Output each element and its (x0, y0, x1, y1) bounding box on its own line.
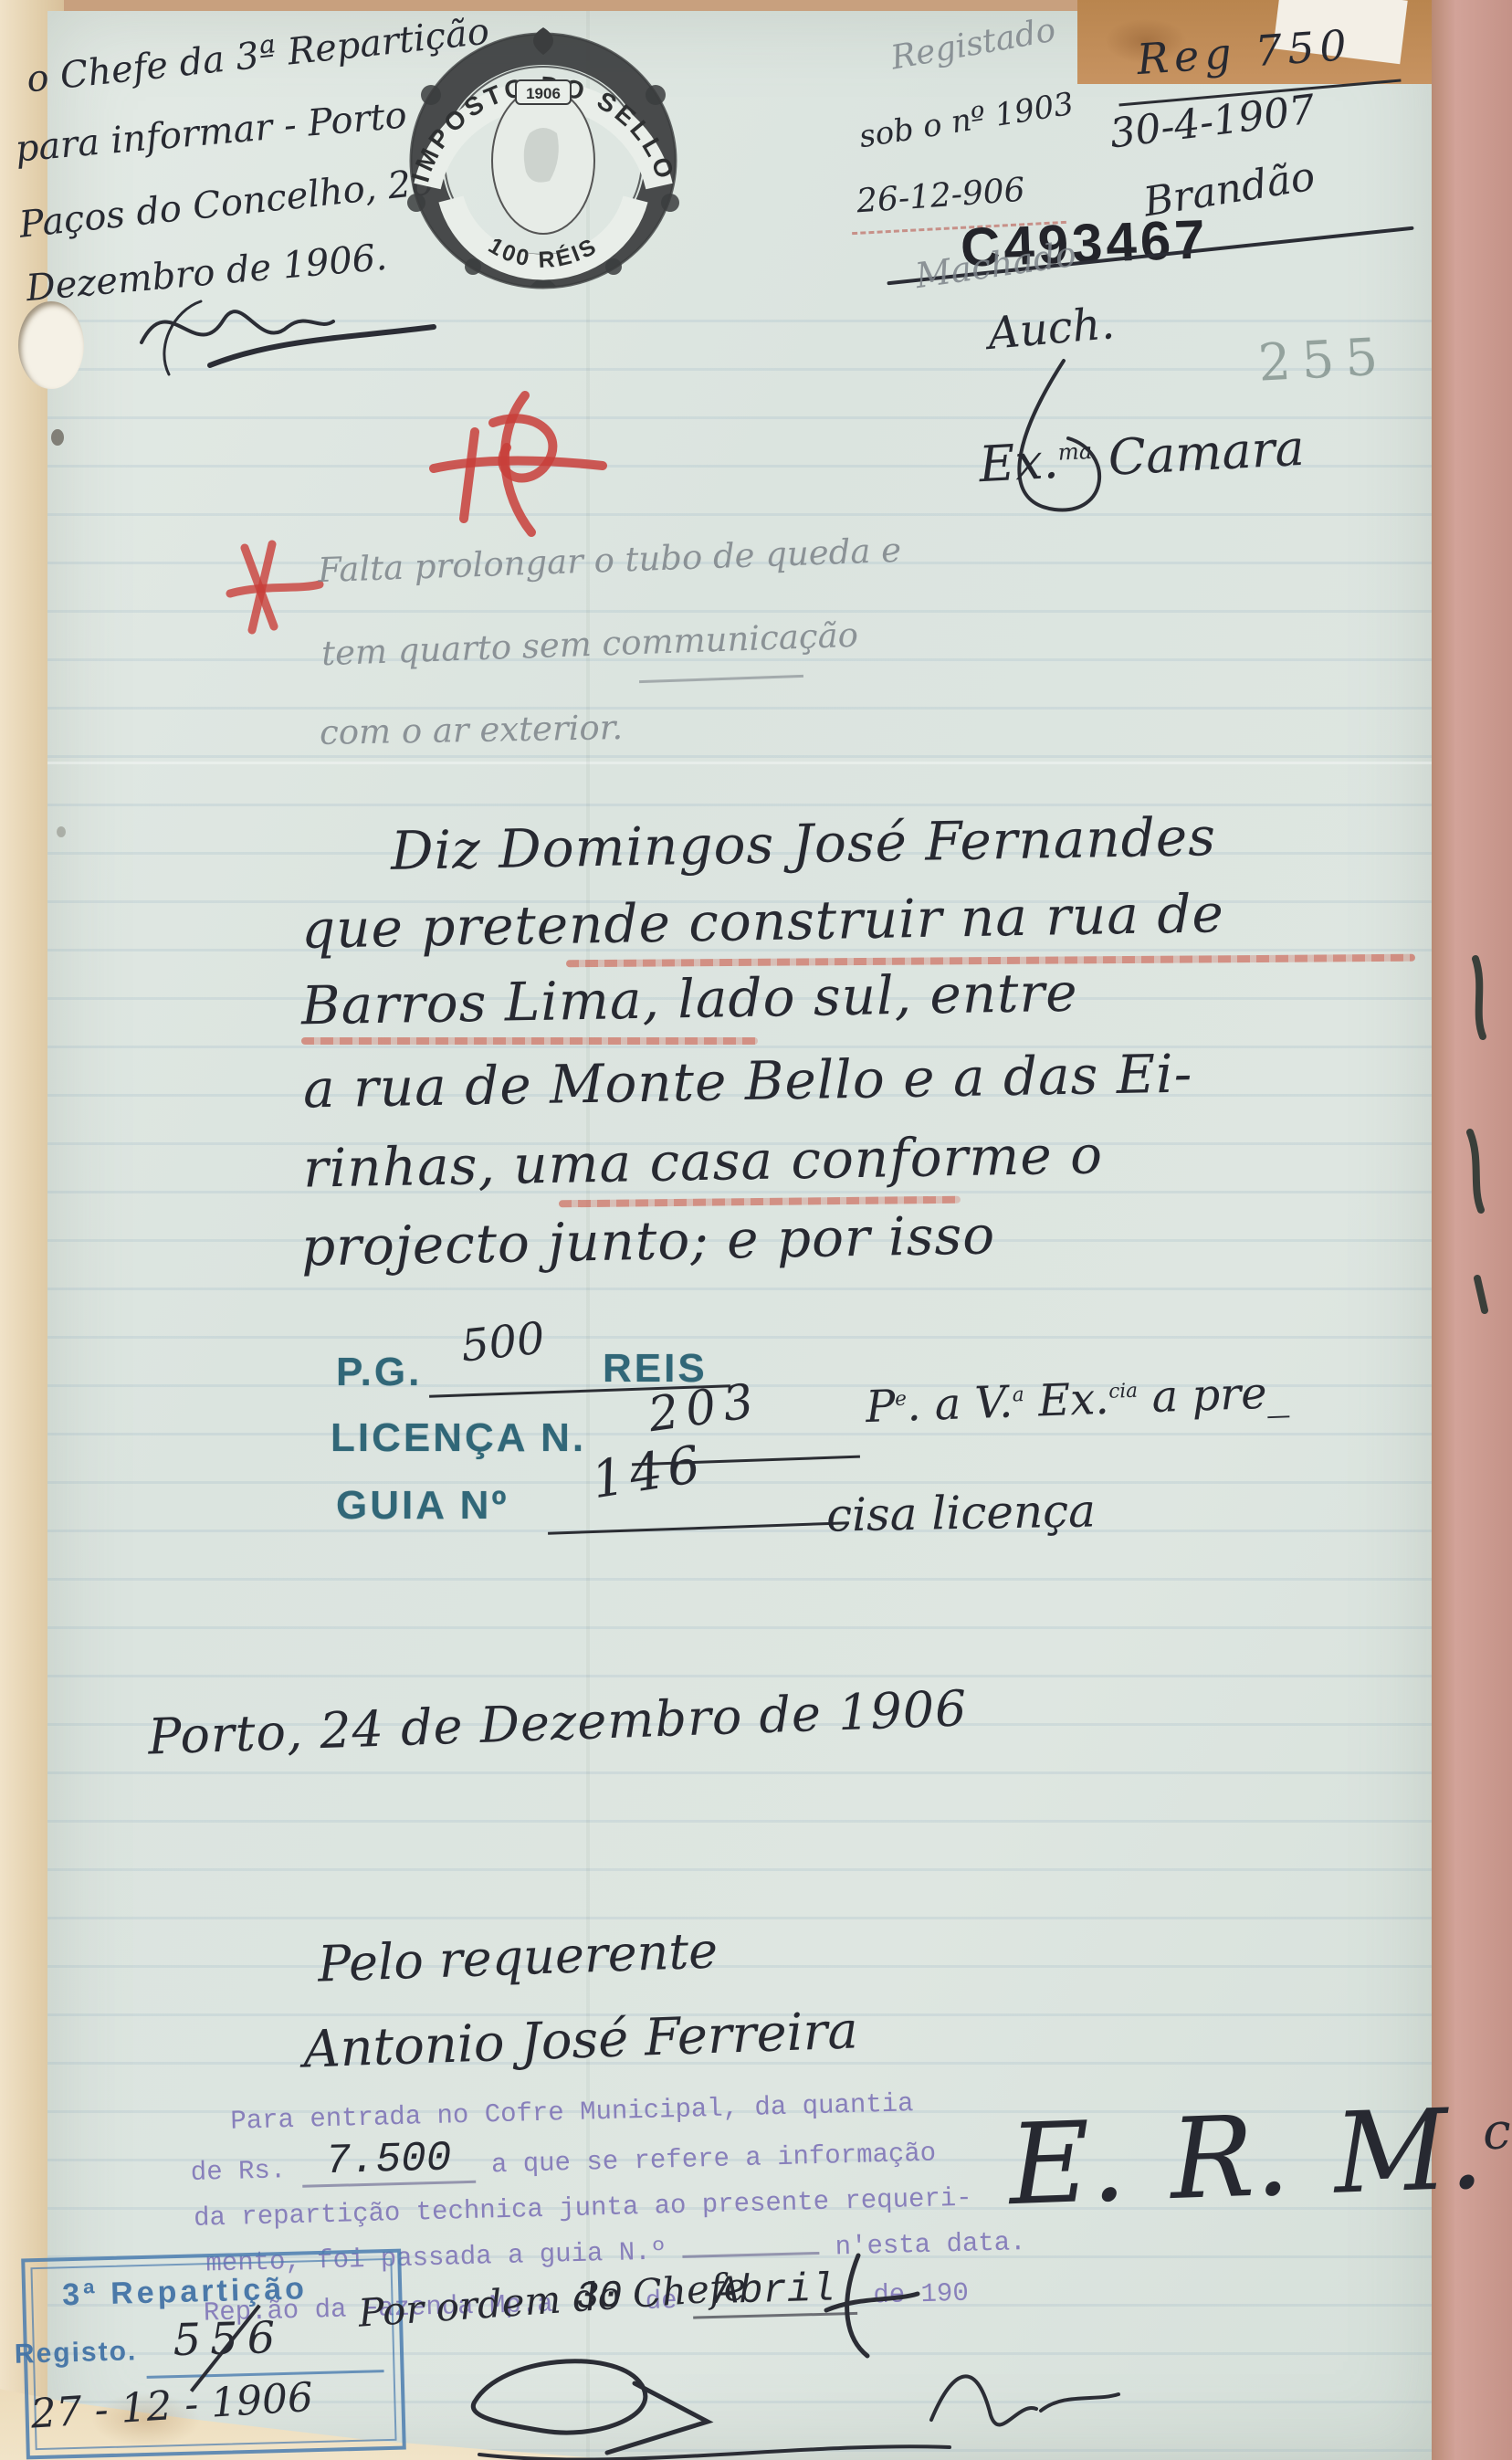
registry-box-title: 3ª Repartição (62, 2271, 309, 2313)
erm-m: M. (1332, 2084, 1486, 2219)
registry-box-label: Registo. (14, 2336, 137, 2371)
erm-r: R. (1168, 2090, 1292, 2223)
closing-ex: Ex. (1024, 1373, 1110, 1427)
heading-rest: Camara (1091, 419, 1306, 488)
treasury-line2-label: de Rs. (190, 2155, 286, 2188)
treasury-amount: 7.500 (301, 2135, 476, 2188)
dispatch-signature-flourish (119, 274, 466, 393)
red-underline-barros-lima (301, 1037, 758, 1045)
paper-speck (57, 826, 66, 837)
heading-superscript: ma (1057, 437, 1093, 466)
closing-line2: cisa licença (826, 1484, 1097, 1541)
closing-p-sup: e (895, 1388, 908, 1411)
heading-prefix: Ex. (978, 432, 1060, 493)
closing-v: . a V. (906, 1376, 1013, 1431)
treasury-line2-rest: a que se refere a informação (491, 2139, 937, 2181)
scanned-document: o Chefe da 3ª Repartição para informar -… (0, 0, 1512, 2460)
closing-v-sup: a (1012, 1383, 1024, 1406)
petition-line6: projecto junto; e por isso (300, 1204, 995, 1277)
folio-number: 255 (1256, 327, 1390, 393)
chief-signature-flourish (438, 2338, 968, 2460)
closing-pre: a pre_ (1137, 1367, 1289, 1424)
registry-box-stamp: 3ª Repartição Registo. 556 27 - 12 - 190… (21, 2249, 406, 2460)
pencil-annotation-line3: com o ar exterior. (320, 708, 624, 752)
erm-formula: E. R. M.cê (1007, 2082, 1512, 2230)
erm-superscript: cê (1482, 2100, 1512, 2160)
torn-hole (18, 301, 84, 389)
treasury-guia-blank (682, 2252, 819, 2258)
second-signature-flourish (913, 2338, 1132, 2447)
horizontal-crease (47, 762, 1433, 764)
red-crayon-scribble (383, 382, 630, 555)
fee-guia-label: GUIA Nº (336, 1483, 509, 1529)
fee-pg-value: 500 (458, 1312, 547, 1372)
closing-ex-sup: cia (1108, 1380, 1139, 1403)
revenue-stamp: IMPOSTO DO SELLO 1906 100 RÉIS (393, 24, 694, 289)
registry-number: 556 (173, 2312, 285, 2366)
fee-licenca-label: LICENÇA N. (331, 1415, 586, 1461)
adjacent-page-marks (1457, 950, 1512, 1315)
fee-pg-label: P.G. (336, 1350, 422, 1395)
closing-p: P (865, 1381, 896, 1433)
erm-e: E. (1007, 2097, 1129, 2230)
revenue-stamp-year: 1906 (526, 85, 561, 102)
paper-speck (51, 429, 64, 446)
